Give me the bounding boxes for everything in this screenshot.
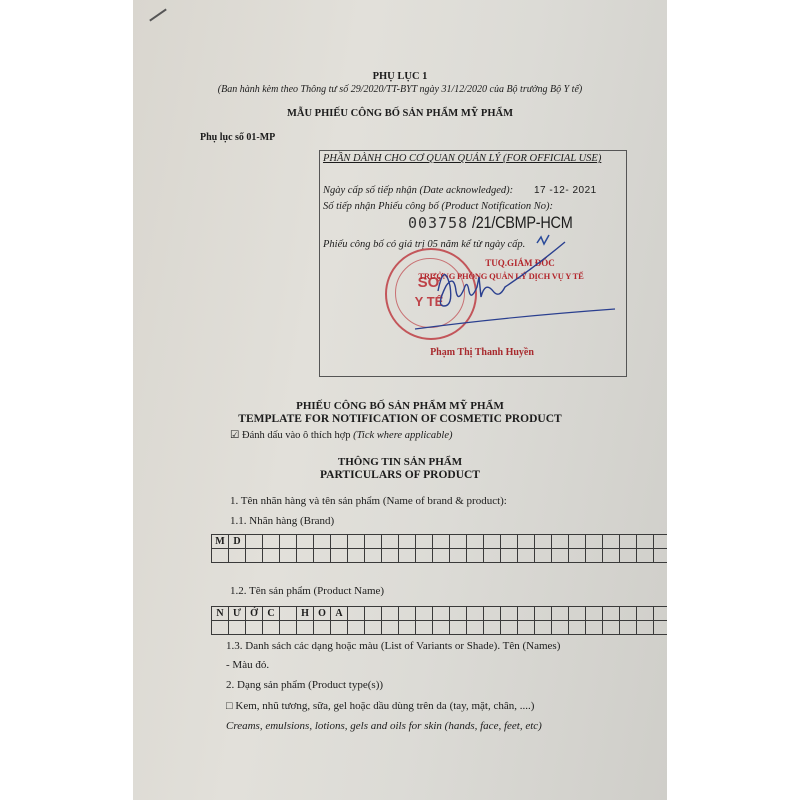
product-type-option-en: Creams, emulsions, lotions, gels and oil… xyxy=(226,720,542,732)
grid-cell xyxy=(654,535,668,549)
grid-cell xyxy=(654,549,668,563)
grid-cell xyxy=(535,549,552,563)
grid-cell xyxy=(433,607,450,621)
grid-cell: A xyxy=(331,607,348,621)
notification-number-digits: 003758 xyxy=(408,214,468,232)
grid-cell xyxy=(586,621,603,635)
particulars-title-vi: THÔNG TIN SẢN PHẨM xyxy=(133,456,667,468)
grid-cell: M xyxy=(212,535,229,549)
grid-cell xyxy=(586,549,603,563)
grid-cell xyxy=(586,607,603,621)
grid-cell xyxy=(620,621,637,635)
official-use-heading: PHẦN DÀNH CHO CƠ QUAN QUẢN LÝ (FOR OFFIC… xyxy=(323,153,621,164)
grid-cell xyxy=(450,607,467,621)
grid-cell xyxy=(280,549,297,563)
grid-cell xyxy=(501,549,518,563)
stamp-inner-ring xyxy=(395,258,465,328)
grid-cell xyxy=(382,607,399,621)
grid-cell xyxy=(263,535,280,549)
grid-cell xyxy=(467,607,484,621)
grid-cell xyxy=(552,607,569,621)
grid-cell xyxy=(467,621,484,635)
grid-cell xyxy=(382,549,399,563)
grid-cell xyxy=(399,535,416,549)
grid-cell xyxy=(450,549,467,563)
grid-cell xyxy=(654,621,668,635)
notification-number-label: Số tiếp nhận Phiếu công bố (Product Noti… xyxy=(323,201,553,212)
question-1-label: 1. Tên nhãn hàng và tên sản phẩm (Name o… xyxy=(230,495,507,507)
grid-cell xyxy=(348,607,365,621)
grid-cell xyxy=(518,549,535,563)
grid-cell xyxy=(484,621,501,635)
grid-cell xyxy=(314,549,331,563)
template-title-vi: PHIẾU CÔNG BỐ SẢN PHẨM MỸ PHẨM xyxy=(133,400,667,412)
pen-mark xyxy=(149,8,167,21)
grid-cell xyxy=(297,535,314,549)
grid-cell xyxy=(467,535,484,549)
grid-cell xyxy=(535,535,552,549)
grid-cell xyxy=(552,621,569,635)
appendix-subtitle: (Ban hành kèm theo Thông tư số 29/2020/T… xyxy=(133,84,667,95)
grid-cell xyxy=(518,621,535,635)
grid-cell xyxy=(382,535,399,549)
grid-cell xyxy=(365,549,382,563)
grid-cell xyxy=(484,535,501,549)
grid-cell xyxy=(280,607,297,621)
grid-cell: Ớ xyxy=(246,607,263,621)
form-code: Phụ lục số 01-MP xyxy=(200,132,275,143)
grid-cell xyxy=(433,549,450,563)
grid-cell xyxy=(314,621,331,635)
grid-cell xyxy=(212,549,229,563)
brand-grid-row: MD xyxy=(212,535,668,549)
grid-cell xyxy=(297,621,314,635)
product-grid-row: NƯỚCHOA xyxy=(212,607,668,621)
grid-cell xyxy=(433,621,450,635)
grid-cell xyxy=(433,535,450,549)
stamp-text-line-2: Y TẾ xyxy=(387,294,471,309)
notification-number-suffix: /21/CBMP-HCM xyxy=(472,213,573,233)
grid-cell xyxy=(331,549,348,563)
grid-cell xyxy=(348,549,365,563)
appendix-title: PHỤ LỤC 1 xyxy=(133,71,667,82)
grid-cell xyxy=(637,621,654,635)
grid-cell xyxy=(399,621,416,635)
tick-instruction-en: (Tick where applicable) xyxy=(353,430,452,441)
particulars-title-en: PARTICULARS OF PRODUCT xyxy=(133,469,667,481)
grid-cell xyxy=(484,549,501,563)
grid-cell xyxy=(552,535,569,549)
grid-cell xyxy=(348,535,365,549)
grid-cell xyxy=(467,549,484,563)
grid-cell xyxy=(535,621,552,635)
grid-cell xyxy=(297,549,314,563)
grid-cell xyxy=(416,607,433,621)
grid-cell xyxy=(450,535,467,549)
grid-cell xyxy=(484,607,501,621)
grid-cell xyxy=(569,621,586,635)
grid-cell xyxy=(569,607,586,621)
grid-cell xyxy=(246,535,263,549)
grid-cell xyxy=(399,549,416,563)
grid-cell xyxy=(365,607,382,621)
grid-cell xyxy=(535,607,552,621)
grid-cell: C xyxy=(263,607,280,621)
unchecked-box-icon[interactable]: □ xyxy=(226,700,233,712)
grid-cell: N xyxy=(212,607,229,621)
product-type-option-vi: Kem, nhũ tương, sữa, gel hoặc dầu dùng t… xyxy=(235,700,534,712)
grid-cell: Ư xyxy=(229,607,246,621)
grid-cell xyxy=(637,607,654,621)
grid-cell xyxy=(637,549,654,563)
grid-cell: D xyxy=(229,535,246,549)
date-acknowledged-label: Ngày cấp số tiếp nhận (Date acknowledged… xyxy=(323,185,513,196)
grid-cell xyxy=(518,607,535,621)
grid-cell xyxy=(246,621,263,635)
grid-cell xyxy=(603,535,620,549)
question-1-2-label: 1.2. Tên sản phẩm (Product Name) xyxy=(230,585,384,597)
grid-cell xyxy=(586,535,603,549)
grid-cell xyxy=(501,621,518,635)
grid-cell xyxy=(280,535,297,549)
signer-name: Phạm Thị Thanh Huyền xyxy=(382,347,582,358)
product-type-option[interactable]: □ Kem, nhũ tương, sữa, gel hoặc dầu dùng… xyxy=(226,700,534,712)
grid-cell xyxy=(382,621,399,635)
grid-cell xyxy=(212,621,229,635)
product-name-letter-grid: NƯỚCHOA xyxy=(211,606,667,635)
form-title: MẪU PHIẾU CÔNG BỐ SẢN PHẨM MỸ PHẨM xyxy=(133,108,667,119)
signer-title-2: TRƯỞNG PHÒNG QUẢN LÝ DỊCH VỤ Y TẾ xyxy=(378,271,624,281)
grid-cell xyxy=(416,535,433,549)
grid-cell xyxy=(603,549,620,563)
grid-cell xyxy=(263,621,280,635)
grid-cell xyxy=(603,621,620,635)
grid-cell xyxy=(654,607,668,621)
question-1-1-label: 1.1. Nhãn hàng (Brand) xyxy=(230,515,334,527)
grid-cell xyxy=(620,535,637,549)
grid-cell xyxy=(620,607,637,621)
official-use-box: PHẦN DÀNH CHO CƠ QUAN QUẢN LÝ (FOR OFFIC… xyxy=(319,150,627,377)
grid-cell xyxy=(603,607,620,621)
grid-cell xyxy=(552,549,569,563)
grid-cell xyxy=(399,607,416,621)
signer-title-1: TUQ.GIÁM ĐỐC xyxy=(420,258,620,268)
grid-cell xyxy=(280,621,297,635)
grid-cell xyxy=(416,621,433,635)
product-grid-row xyxy=(212,621,668,635)
variant-value: - Màu đỏ. xyxy=(226,659,269,671)
question-2-label: 2. Dạng sản phẩm (Product type(s)) xyxy=(226,679,383,691)
grid-cell xyxy=(569,535,586,549)
grid-cell: H xyxy=(297,607,314,621)
grid-cell xyxy=(263,549,280,563)
grid-cell xyxy=(348,621,365,635)
grid-cell xyxy=(314,535,331,549)
tick-instruction: ☑ Đánh dấu vào ô thích hợp (Tick where a… xyxy=(230,429,453,441)
date-acknowledged-value: 17 -12- 2021 xyxy=(534,185,597,196)
grid-cell xyxy=(331,621,348,635)
brand-letter-grid: MD xyxy=(211,534,667,563)
question-1-3-label: 1.3. Danh sách các dạng hoặc màu (List o… xyxy=(226,640,560,652)
grid-cell xyxy=(501,535,518,549)
grid-cell xyxy=(365,535,382,549)
grid-cell xyxy=(229,549,246,563)
grid-cell xyxy=(637,535,654,549)
grid-cell xyxy=(365,621,382,635)
grid-cell xyxy=(450,621,467,635)
grid-cell xyxy=(518,535,535,549)
grid-cell xyxy=(501,607,518,621)
grid-cell xyxy=(416,549,433,563)
checked-box-icon: ☑ xyxy=(230,430,239,441)
brand-grid-row xyxy=(212,549,668,563)
template-title-en: TEMPLATE FOR NOTIFICATION OF COSMETIC PR… xyxy=(133,413,667,425)
document-page: PHỤ LỤC 1 (Ban hành kèm theo Thông tư số… xyxy=(133,0,667,800)
tick-instruction-vi: Đánh dấu vào ô thích hợp xyxy=(242,430,351,441)
grid-cell xyxy=(331,535,348,549)
grid-cell xyxy=(229,621,246,635)
grid-cell xyxy=(246,549,263,563)
notification-number: 003758 /21/CBMP-HCM xyxy=(408,213,591,233)
grid-cell xyxy=(569,549,586,563)
grid-cell: O xyxy=(314,607,331,621)
grid-cell xyxy=(620,549,637,563)
